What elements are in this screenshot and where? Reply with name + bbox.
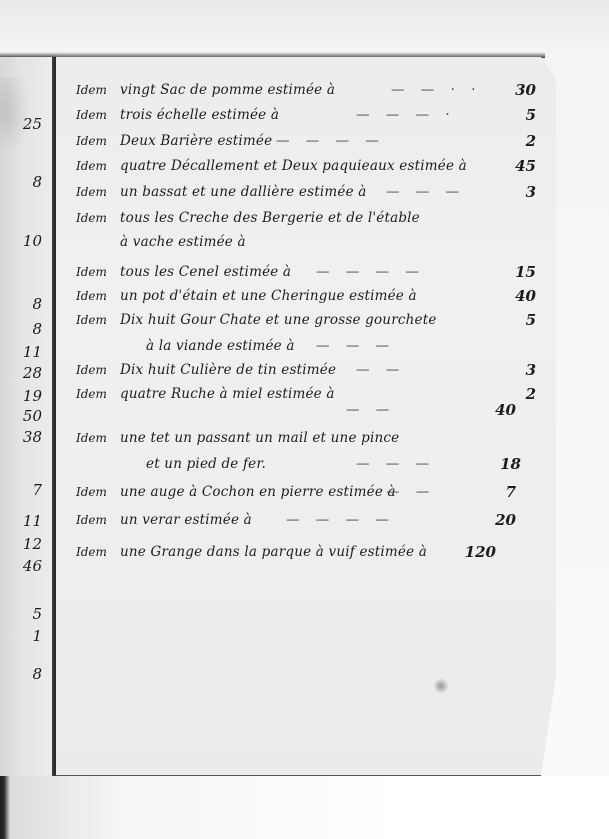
margin-number: 12	[23, 535, 42, 553]
entry-label: Idem	[76, 359, 107, 381]
margin-number: 8	[32, 295, 42, 313]
entry-description: une tet un passant un mail et une pince	[120, 427, 399, 449]
margin-number: 7	[32, 481, 42, 499]
entry-amount: 20	[495, 509, 516, 531]
leader-dashes: — — — —	[286, 509, 395, 531]
leader-dashes: — —	[386, 481, 435, 503]
entry-row: Idem un bassat et une dallière estimée à…	[56, 181, 556, 203]
margin-number: 8	[32, 665, 42, 683]
entry-description: tous les Creche des Bergerie et de l'éta…	[120, 207, 420, 229]
entry-description: un pot d'étain et une Cheringue estimée …	[120, 285, 417, 307]
entry-amount: 40	[495, 399, 516, 421]
entry-amount: 40	[515, 285, 536, 307]
entry-label: Idem	[76, 207, 107, 229]
margin-number: 10	[23, 232, 42, 250]
entry-amount: 18	[500, 453, 521, 475]
entry-row: — — 40	[56, 399, 556, 421]
entry-amount: 7	[506, 481, 516, 503]
entry-amount: 5	[526, 309, 536, 331]
margin-number: 19	[23, 387, 42, 405]
entry-row: Idem un verar estimée à — — — — 20	[56, 509, 556, 531]
left-page-edge: 25 8 10 8 8 11 28 19 50 38 7 11 12 46 5 …	[0, 57, 54, 777]
entry-row: Idem une auge à Cochon en pierre estimée…	[56, 481, 556, 503]
entry-amount: 2	[526, 130, 536, 152]
entry-label: Idem	[76, 261, 107, 283]
entry-row: Idem tous les Cenel estimée à — — — — 15	[56, 261, 556, 283]
scan-bottom-shadow	[0, 776, 609, 839]
leader-dashes: — — — ·	[356, 104, 456, 126]
entry-amount: 30	[515, 79, 536, 101]
entry-row: Idem quatre Décallement et Deux paquieau…	[56, 155, 556, 177]
entry-row: Idem un pot d'étain et une Cheringue est…	[56, 285, 556, 307]
leader-dashes: — — · ·	[391, 79, 481, 101]
entry-description: et un pied de fer.	[146, 453, 266, 475]
leader-dashes: — — — —	[276, 130, 385, 152]
leader-dashes: — — —	[386, 181, 465, 203]
margin-number: 25	[23, 115, 42, 133]
entry-amount: 3	[526, 359, 536, 381]
entry-amount: 45	[515, 155, 536, 177]
entry-row: Idem tous les Creche des Bergerie et de …	[56, 207, 556, 229]
entry-label: Idem	[76, 130, 107, 152]
margin-number: 11	[23, 343, 42, 361]
entry-label: Idem	[76, 79, 107, 101]
leader-dashes: — — — —	[316, 261, 425, 283]
entry-row: Idem Dix huit Gour Chate et une grosse g…	[56, 309, 556, 331]
entry-label: Idem	[76, 181, 107, 203]
entry-amount: 5	[526, 104, 536, 126]
entry-amount: 15	[515, 261, 536, 283]
entry-description: à la viande estimée à	[146, 335, 295, 357]
entry-description: trois échelle estimée à	[120, 104, 279, 126]
entry-row: Idem une Grange dans la parque à vuif es…	[56, 541, 556, 563]
entry-amount: 3	[526, 181, 536, 203]
entry-description: à vache estimée à	[120, 231, 246, 253]
margin-number: 5	[32, 605, 42, 623]
entry-row: Idem Deux Barière estimée — — — — 2	[56, 130, 556, 152]
entry-description: une auge à Cochon en pierre estimée à	[120, 481, 396, 503]
entry-amount: 120	[465, 541, 496, 563]
entry-label: Idem	[76, 427, 107, 449]
entry-description: une Grange dans la parque à vuif estimée…	[120, 541, 427, 563]
entry-description: tous les Cenel estimée à	[120, 261, 291, 283]
margin-number: 11	[23, 512, 42, 530]
entry-description: quatre Décallement et Deux paquieaux est…	[120, 155, 467, 177]
entry-row: à vache estimée à	[56, 231, 556, 253]
leader-dashes: — —	[346, 399, 395, 421]
entry-description: Dix huit Gour Chate et une grosse gourch…	[120, 309, 437, 331]
entry-row: Idem Dix huit Culière de tin estimée — —…	[56, 359, 556, 381]
entry-label: Idem	[76, 541, 107, 563]
margin-number: 38	[23, 428, 42, 446]
leader-dashes: — —	[356, 359, 405, 381]
margin-number: 28	[23, 364, 42, 382]
entry-label: Idem	[76, 104, 107, 126]
manuscript-page: Idem vingt Sac de pomme estimée à — — · …	[54, 57, 556, 776]
entry-row: Idem une tet un passant un mail et une p…	[56, 427, 556, 449]
entry-row: à la viande estimée à — — —	[56, 335, 556, 357]
margin-number: 46	[23, 557, 42, 575]
entry-row: et un pied de fer. — — — 18	[56, 453, 556, 475]
margin-number: 8	[32, 173, 42, 191]
entry-description: Deux Barière estimée	[120, 130, 272, 152]
entry-description: Dix huit Culière de tin estimée	[120, 359, 336, 381]
entry-label: Idem	[76, 309, 107, 331]
entry-label: Idem	[76, 285, 107, 307]
leader-dashes: — — —	[316, 335, 395, 357]
entry-description: un bassat et une dallière estimée à	[120, 181, 367, 203]
ink-blot	[434, 677, 448, 695]
entry-row: Idem vingt Sac de pomme estimée à — — · …	[56, 79, 556, 101]
entry-label: Idem	[76, 509, 107, 531]
leader-dashes: — — —	[356, 453, 435, 475]
entry-label: Idem	[76, 155, 107, 177]
entry-label: Idem	[76, 481, 107, 503]
margin-number: 8	[32, 320, 42, 338]
entry-description: vingt Sac de pomme estimée à	[120, 79, 335, 101]
margin-number: 1	[32, 627, 42, 645]
entry-row: Idem trois échelle estimée à — — — · 5	[56, 104, 556, 126]
entry-description: un verar estimée à	[120, 509, 252, 531]
margin-number: 50	[23, 407, 42, 425]
